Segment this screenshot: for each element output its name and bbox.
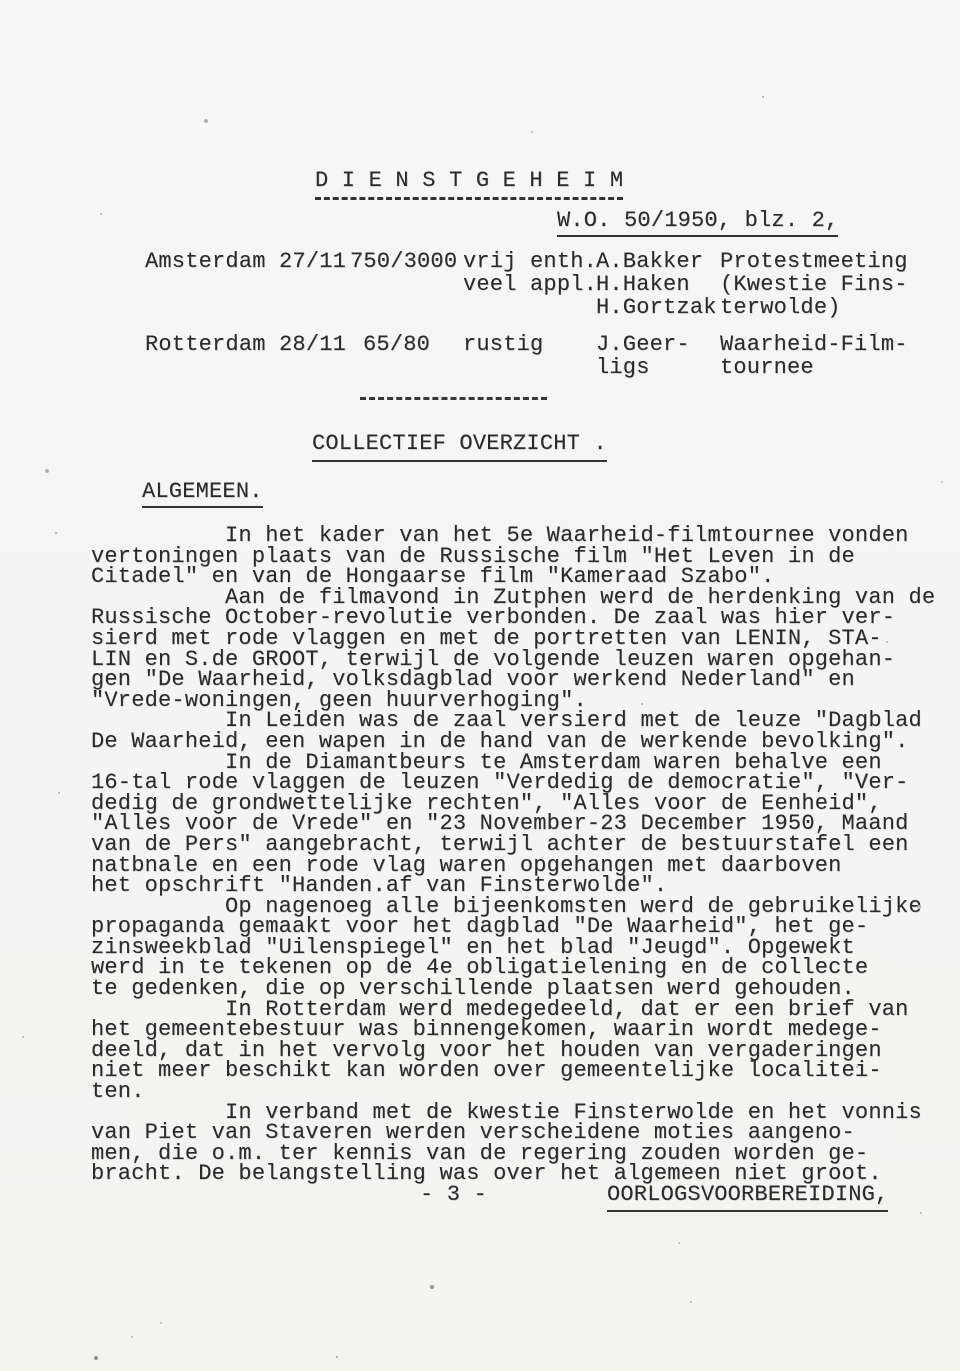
meeting-subject: Waarheid-Film- tournee (720, 333, 908, 379)
meeting-place-date: Rotterdam 28/11 (145, 333, 346, 356)
dash-separator (360, 397, 547, 400)
scan-noise-specks (0, 0, 2, 2)
meeting-place-date: Amsterdam 27/11 (145, 250, 346, 273)
section-title: COLLECTIEF OVERZICHT . (312, 431, 607, 462)
meeting-attendance: 65/80 (363, 333, 430, 356)
meeting-speakers: J.Geer- ligs (596, 333, 690, 379)
body-text: In het kader van het 5e Waarheid-filmtou… (91, 526, 935, 1185)
meeting-attendance: 750/3000 (350, 250, 457, 273)
meeting-subject: Protestmeeting (Kwestie Fins- terwolde) (720, 250, 908, 319)
reference-number: W.O. 50/1950, blz. 2, (557, 208, 838, 237)
meeting-speakers: A.Bakker H.Haken H.Gortzak (596, 250, 717, 319)
meeting-mood: vrij enth. veel appl. (463, 250, 597, 296)
classification-header: D I E N S T G E H E I M (315, 168, 623, 200)
meeting-mood: rustig (463, 333, 543, 356)
scanned-document-page: D I E N S T G E H E I M W.O. 50/1950, bl… (0, 0, 960, 1371)
page-number: - 3 - (420, 1182, 487, 1207)
next-section-heading: OORLOGSVOORBEREIDING, (607, 1182, 888, 1212)
subsection-heading: ALGEMEEN. (142, 479, 263, 508)
